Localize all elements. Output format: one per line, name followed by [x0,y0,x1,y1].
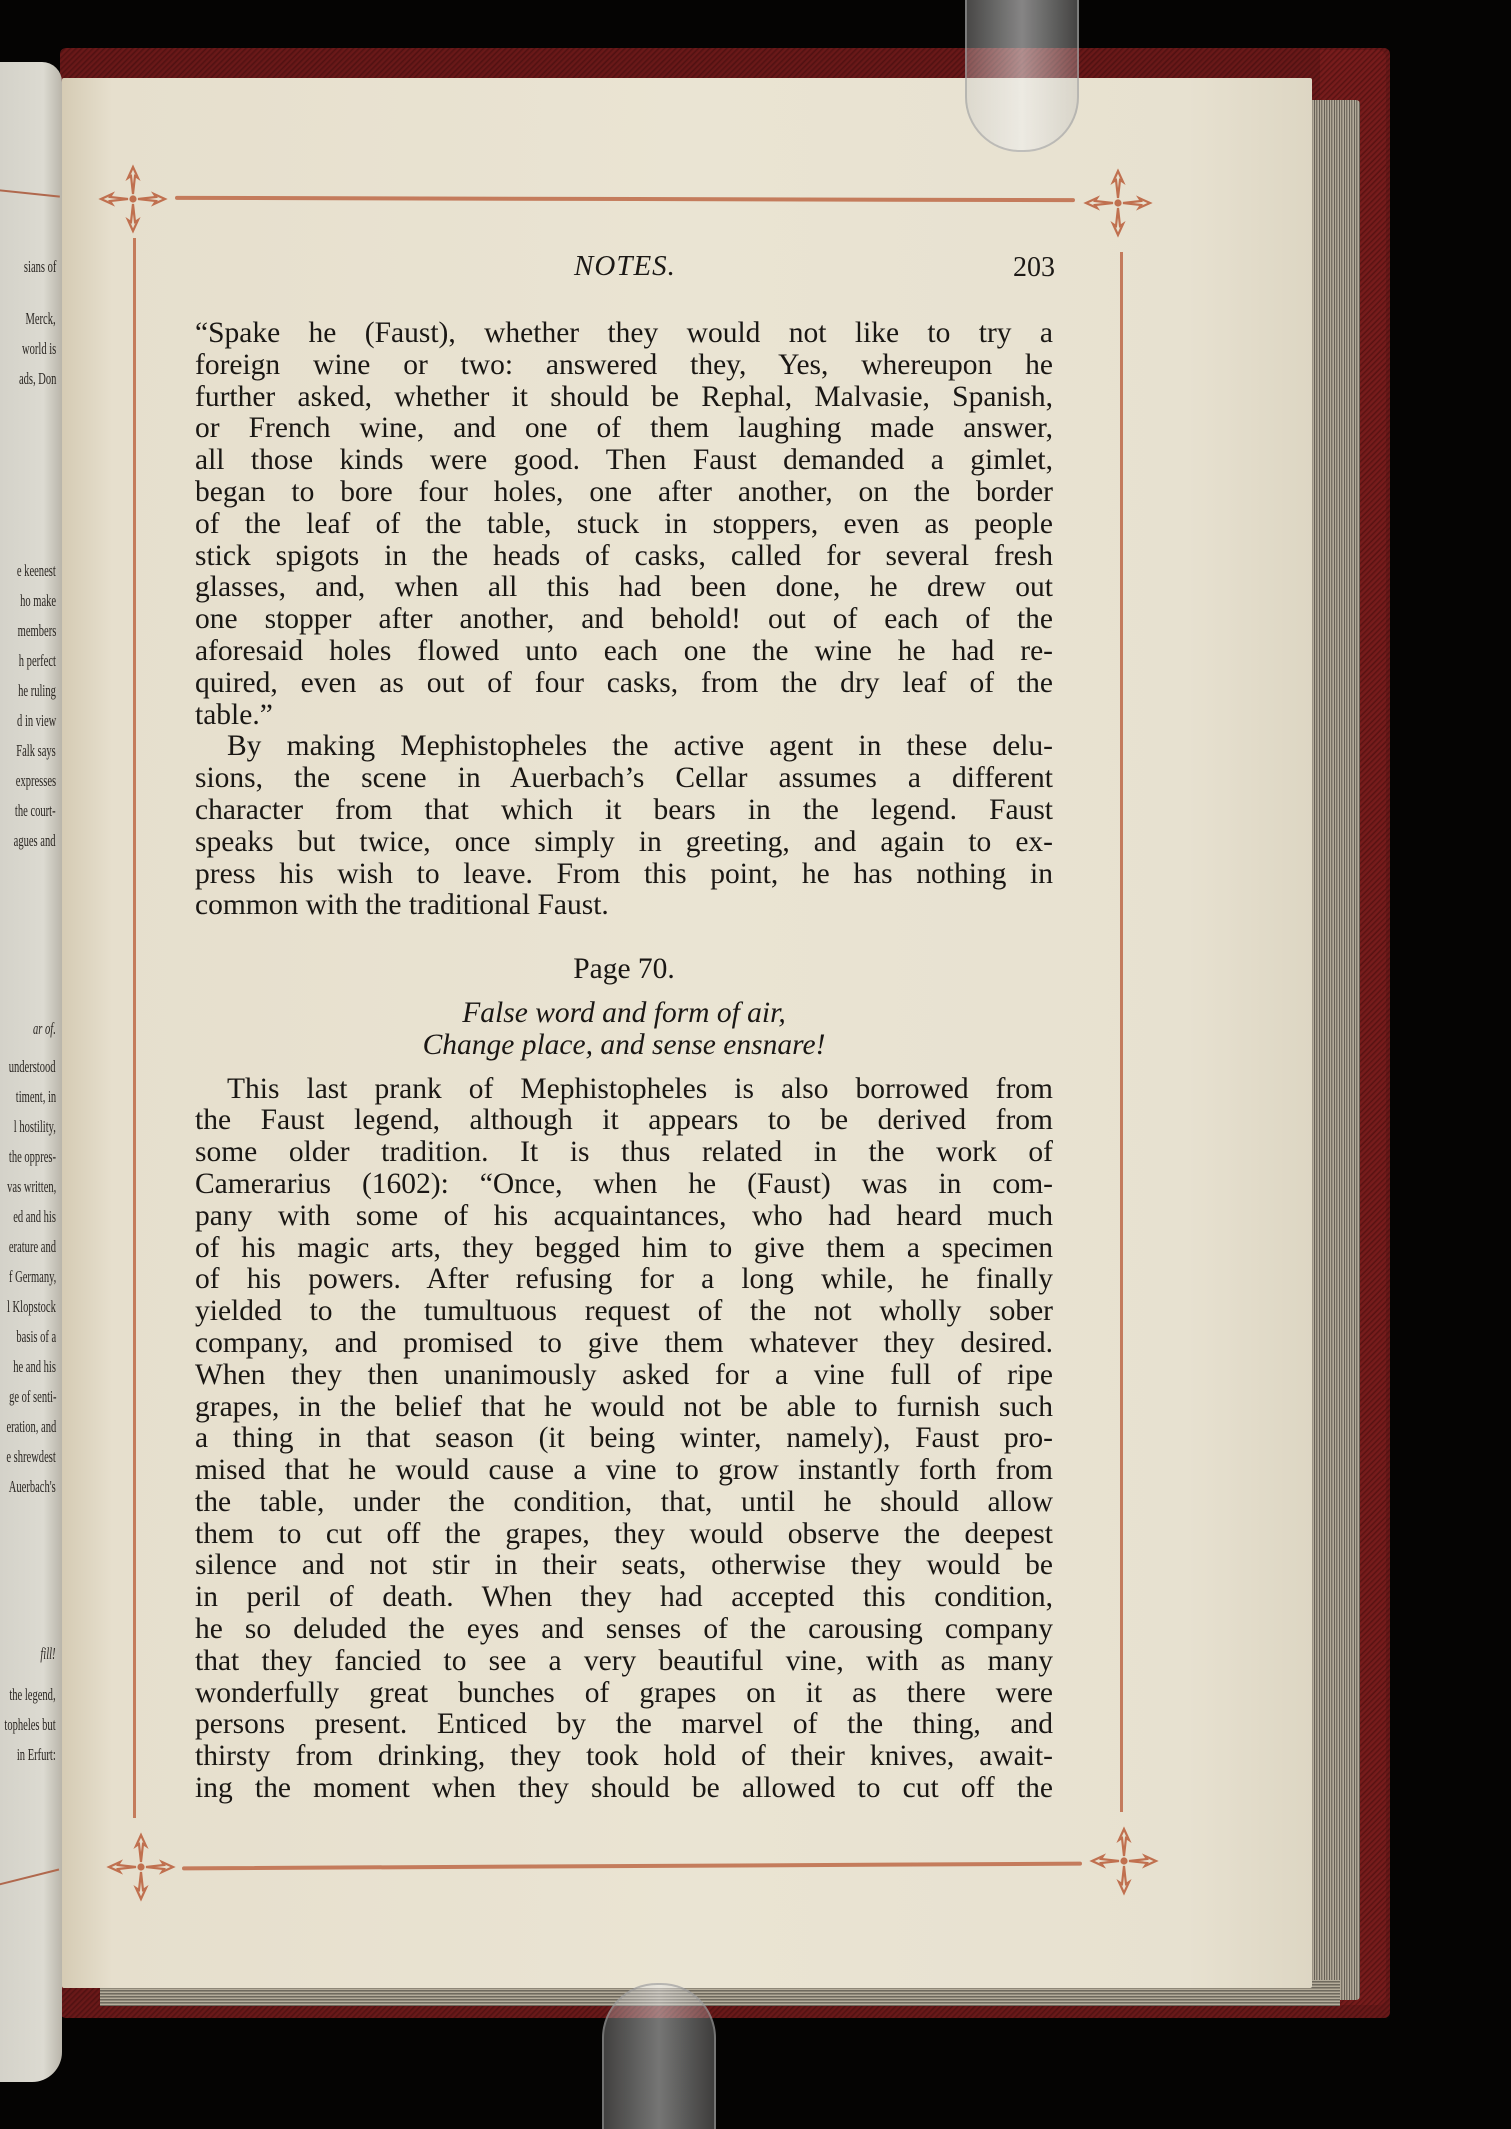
text-line: common with the traditional Faust. [195,890,1053,922]
text-line: the table, under the condition, that, un… [195,1487,1053,1519]
section-heading: Page 70. [195,954,1053,986]
epigraph-line: Change place, and sense ensnare! [195,1030,1053,1062]
left-page-frame-rule [0,1869,59,1888]
text-line: thirsty from drinking, they took hold of… [195,1741,1053,1773]
text-line: began to bore four holes, one after anot… [195,477,1053,509]
text-line: pany with some of his acquaintances, who… [195,1201,1053,1233]
text-line: By making Mephistopheles the active agen… [195,731,1053,763]
text-line: ing the moment when they should be allow… [195,1773,1053,1805]
left-page-text-fragment: ar of. [33,1020,56,1037]
text-line: “Spake he (Faust), whether they would no… [195,318,1053,350]
left-page-text-fragment: Falk says [16,742,56,759]
frame-rule-left [133,238,136,1818]
left-page-frame-rule [0,188,60,197]
text-line: wonderfully great bunches of grapes on i… [195,1678,1053,1710]
left-page-text-fragment: f Germany, [9,1268,56,1285]
text-line: persons present. Enticed by the marvel o… [195,1709,1053,1741]
text-line: press his wish to leave. From this point… [195,859,1053,891]
text-line: of his powers. After refusing for a long… [195,1264,1053,1296]
text-line: them to cut off the grapes, they would o… [195,1519,1053,1551]
left-page-text-fragment: e shrewdest [7,1448,56,1465]
left-page-text-fragment: eration, and [6,1418,56,1435]
page-clip-top [965,0,1079,152]
left-page-text-fragment: he and his [13,1358,56,1375]
left-page-text-fragment: ads, Don [19,370,56,387]
fleuron-ornament-icon [106,1832,176,1902]
text-line: When they then unanimously asked for a v… [195,1360,1053,1392]
text-line: This last prank of Mephistopheles is als… [195,1074,1053,1106]
text-line: some older tradition. It is thus related… [195,1137,1053,1169]
left-page-text-fragment: sians of [23,258,56,275]
left-page-text-fragment: topheles but [5,1716,56,1733]
text-line: of the leaf of the table, stuck in stopp… [195,509,1053,541]
left-page-text-fragment: vas written, [7,1178,56,1195]
fleuron-ornament-icon [1089,1826,1159,1896]
page-number: 203 [1013,252,1055,284]
left-page-text-fragment: the court- [15,802,56,819]
left-page-text-fragment: ge of senti- [9,1388,56,1405]
left-page-text-fragment: e keenest [17,562,56,579]
text-line: he so deluded the eyes and senses of the… [195,1614,1053,1646]
left-page-text-fragment: basis of a [16,1328,56,1345]
page-clip-bottom [602,1983,716,2129]
text-line: stick spigots in the heads of casks, cal… [195,541,1053,573]
text-line: a thing in that season (it being winter,… [195,1423,1053,1455]
left-page-text-fragment: fill! [41,1645,56,1662]
text-line: company, and promised to give them whate… [195,1328,1053,1360]
text-line: sions, the scene in Auerbach’s Cellar as… [195,763,1053,795]
text-line: table.” [195,700,1053,732]
text-line: all those kinds were good. Then Faust de… [195,445,1053,477]
left-page-text-fragment: agues and [14,832,56,849]
left-page-text-fragment: the oppres- [9,1148,56,1165]
text-line: character from that which it bears in th… [195,795,1053,827]
text-line: foreign wine or two: answered they, Yes,… [195,350,1053,382]
text-line: quired, even as out of four casks, from … [195,668,1053,700]
epigraph-spacer [195,1062,1053,1074]
epigraph-line: False word and form of air, [195,998,1053,1030]
left-page-text-fragment: ho make [20,592,56,609]
left-page-text-fragment: ed and his [13,1208,56,1225]
page-header: NOTES. 203 [195,250,1055,290]
paragraph-quote-and-commentary: “Spake he (Faust), whether they would no… [195,318,1053,922]
left-page-text-fragment: l Klopstock [7,1298,56,1315]
text-line: in peril of death. When they had accepte… [195,1582,1053,1614]
fleuron-ornament-icon [1083,168,1153,238]
text-line: Camerarius (1602): “Once, when he (Faust… [195,1169,1053,1201]
text-line: further asked, whether it should be Reph… [195,382,1053,414]
left-page-text-fragment: the legend, [10,1686,56,1703]
left-page-text-fragment: d in view [17,712,56,729]
left-page-text-fragment: he ruling [18,682,56,699]
previous-page-sliver: sians ofMerck,world isads, Done keenesth… [0,62,62,2082]
section-spacer [195,922,1053,954]
fleuron-ornament-icon [98,164,168,234]
text-line: silence and not stir in their seats, oth… [195,1550,1053,1582]
text-line: yielded to the tumultuous request of the… [195,1296,1053,1328]
left-page-text-fragment: Merck, [26,310,56,327]
left-page-text-fragment: world is [22,340,56,357]
running-head: NOTES. [195,250,1055,283]
text-line: one stopper after another, and behold! o… [195,604,1053,636]
text-line: of his magic arts, they begged him to gi… [195,1233,1053,1265]
text-line: grapes, in the belief that he would not … [195,1392,1053,1424]
left-page-text-fragment: in Erfurt: [17,1746,56,1763]
text-line: glasses, and, when all this had been don… [195,572,1053,604]
text-line: or French wine, and one of them laughing… [195,413,1053,445]
left-page-text-fragment: understood [9,1058,56,1075]
body-text: “Spake he (Faust), whether they would no… [195,318,1053,1805]
text-line: aforesaid holes flowed unto each one the… [195,636,1053,668]
left-page-text-fragment: expresses [16,772,56,789]
text-line: that they fancied to see a very beautifu… [195,1646,1053,1678]
left-page-text-fragment: Auerbach's [9,1478,56,1495]
left-page-text-fragment: erature and [9,1238,56,1255]
frame-rule-right [1120,252,1123,1812]
left-page-text-fragment: l hostility, [14,1118,56,1135]
text-line: speaks but twice, once simply in greetin… [195,827,1053,859]
left-page-text-fragment: h perfect [19,652,56,669]
left-page-text-fragment: members [17,622,56,639]
text-line: the Faust legend, although it appears to… [195,1105,1053,1137]
left-page-text-fragment: timent, in [16,1088,56,1105]
paragraph-camerarius: This last prank of Mephistopheles is als… [195,1074,1053,1805]
text-line: mised that he would cause a vine to grow… [195,1455,1053,1487]
